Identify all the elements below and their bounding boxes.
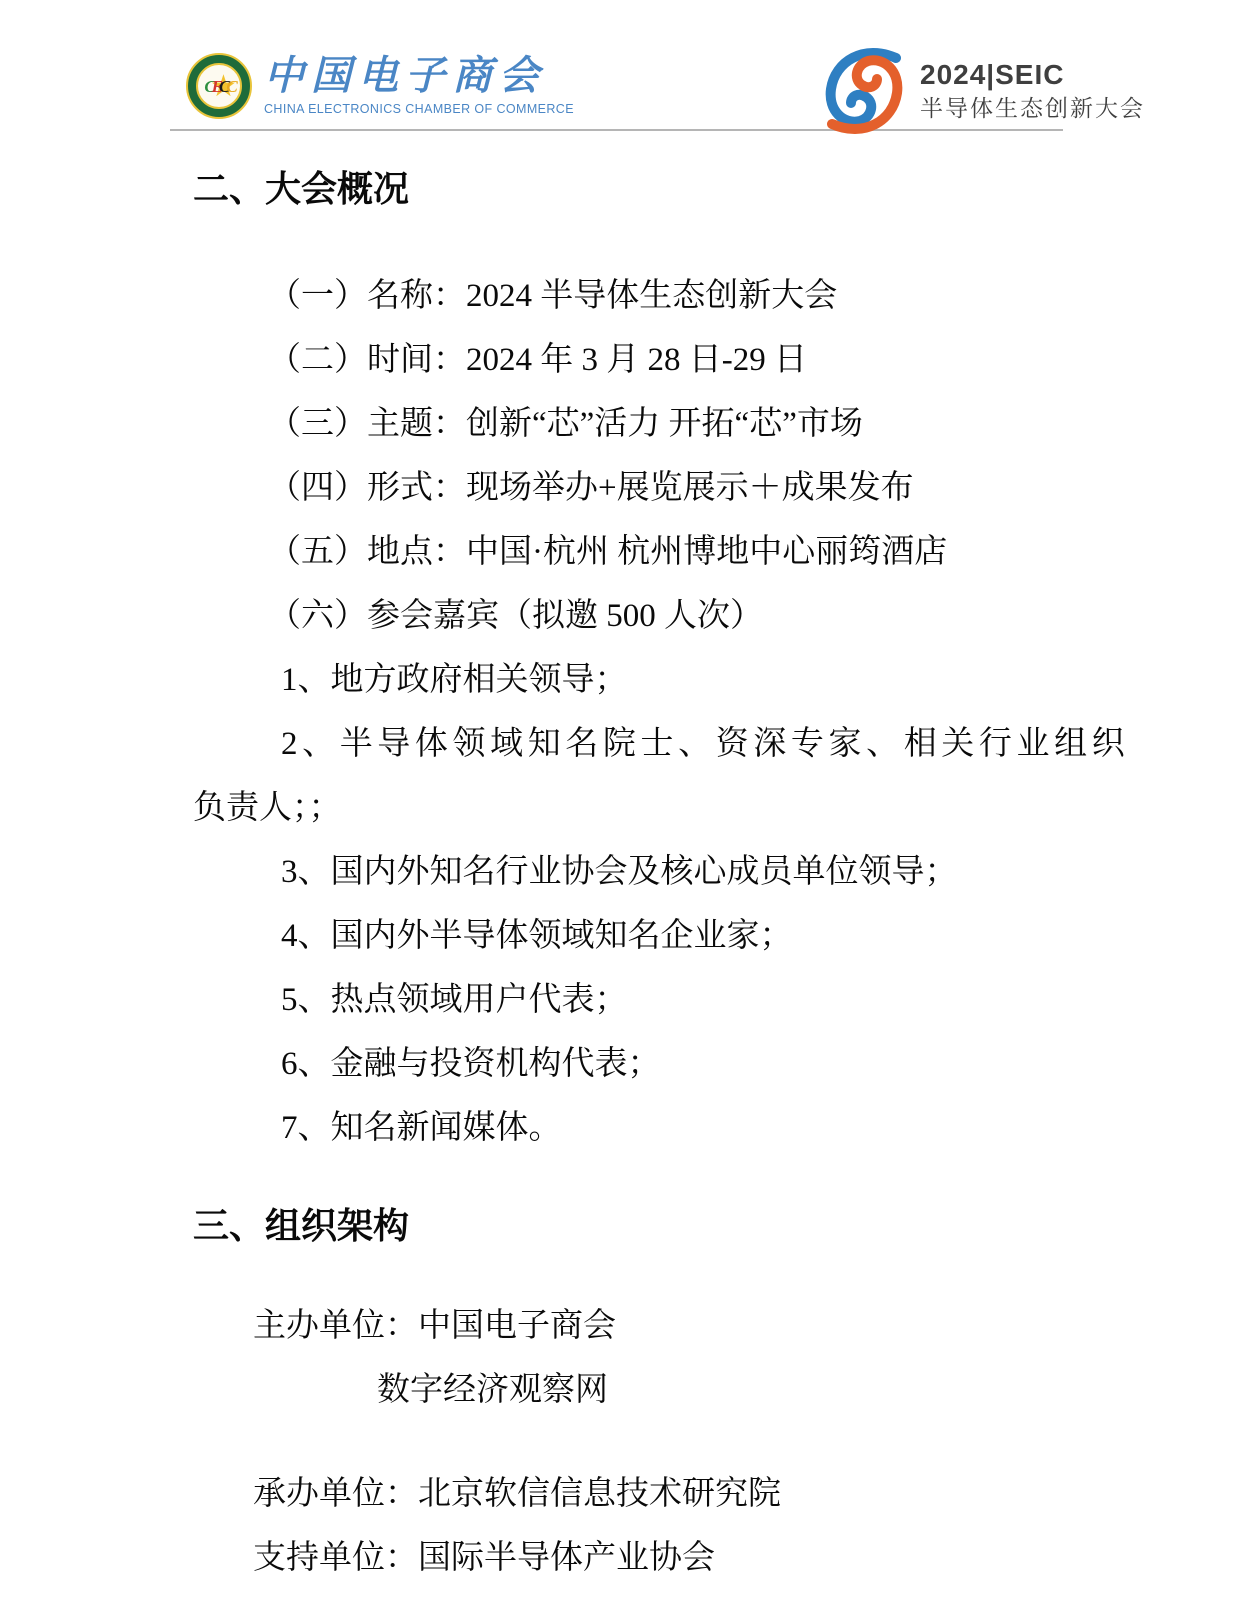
guest-item-2: 2、半导体领域知名院士、资深专家、相关行业组织 bbox=[193, 712, 1059, 776]
guest-item-4: 4、国内外半导体领域知名企业家； bbox=[193, 904, 1059, 968]
cecc-logo: ★ CECC 中国电子商会 CHINA ELECTRONICS CHAMBER … bbox=[186, 53, 574, 119]
cecc-emblem-icon: ★ CECC bbox=[186, 53, 252, 119]
overview-item-theme: （三）主题：创新“芯”活力 开拓“芯”市场 bbox=[193, 392, 1059, 456]
page-header: ★ CECC 中国电子商会 CHINA ELECTRONICS CHAMBER … bbox=[0, 0, 1252, 150]
guest-item-3: 3、国内外知名行业协会及核心成员单位领导； bbox=[193, 840, 1059, 904]
seic-logo: 2024|SEIC 半导体生态创新大会 bbox=[818, 42, 1145, 140]
guest-item-6: 6、金融与投资机构代表； bbox=[193, 1032, 1059, 1096]
seic-logo-title: 2024|SEIC bbox=[920, 59, 1145, 91]
org-support-line: 支持单位：国际半导体产业协会 bbox=[193, 1526, 1059, 1590]
document-content: 二、大会概况 （一）名称：2024 半导体生态创新大会 （二）时间：2024 年… bbox=[193, 167, 1059, 1590]
seic-logo-text: 2024|SEIC 半导体生态创新大会 bbox=[920, 59, 1145, 123]
cecc-logo-title: 中国电子商会 bbox=[264, 53, 574, 99]
seic-logo-subtitle: 半导体生态创新大会 bbox=[920, 93, 1145, 123]
document-page: ★ CECC 中国电子商会 CHINA ELECTRONICS CHAMBER … bbox=[0, 0, 1252, 1600]
overview-item-venue: （五）地点：中国·杭州 杭州博地中心丽筠酒店 bbox=[193, 520, 1059, 584]
overview-item-format: （四）形式：现场举办+展览展示＋成果发布 bbox=[193, 456, 1059, 520]
org-host-line-2: 数字经济观察网 bbox=[193, 1358, 1059, 1422]
section-heading-organization: 三、组织架构 bbox=[193, 1204, 1059, 1248]
seic-swirl-icon bbox=[818, 42, 910, 140]
emblem-letters: CECC bbox=[204, 78, 233, 95]
cecc-emblem-inner: ★ CECC bbox=[196, 63, 242, 109]
overview-item-guests: （六）参会嘉宾（拟邀 500 人次） bbox=[193, 584, 1059, 648]
cecc-logo-subtitle: CHINA ELECTRONICS CHAMBER OF COMMERCE bbox=[264, 102, 574, 116]
guest-item-2-cont: 负责人；； bbox=[193, 776, 1059, 840]
org-organizer-line: 承办单位：北京软信信息技术研究院 bbox=[193, 1462, 1059, 1526]
overview-item-time: （二）时间：2024 年 3 月 28 日-29 日 bbox=[193, 328, 1059, 392]
org-host-line: 主办单位：中国电子商会 bbox=[193, 1294, 1059, 1358]
cecc-logo-text: 中国电子商会 CHINA ELECTRONICS CHAMBER OF COMM… bbox=[264, 53, 574, 116]
guest-item-7: 7、知名新闻媒体。 bbox=[193, 1096, 1059, 1160]
overview-item-name: （一）名称：2024 半导体生态创新大会 bbox=[193, 264, 1059, 328]
guest-item-1: 1、地方政府相关领导； bbox=[193, 648, 1059, 712]
guest-item-5: 5、热点领域用户代表； bbox=[193, 968, 1059, 1032]
section-heading-overview: 二、大会概况 bbox=[193, 167, 1059, 211]
